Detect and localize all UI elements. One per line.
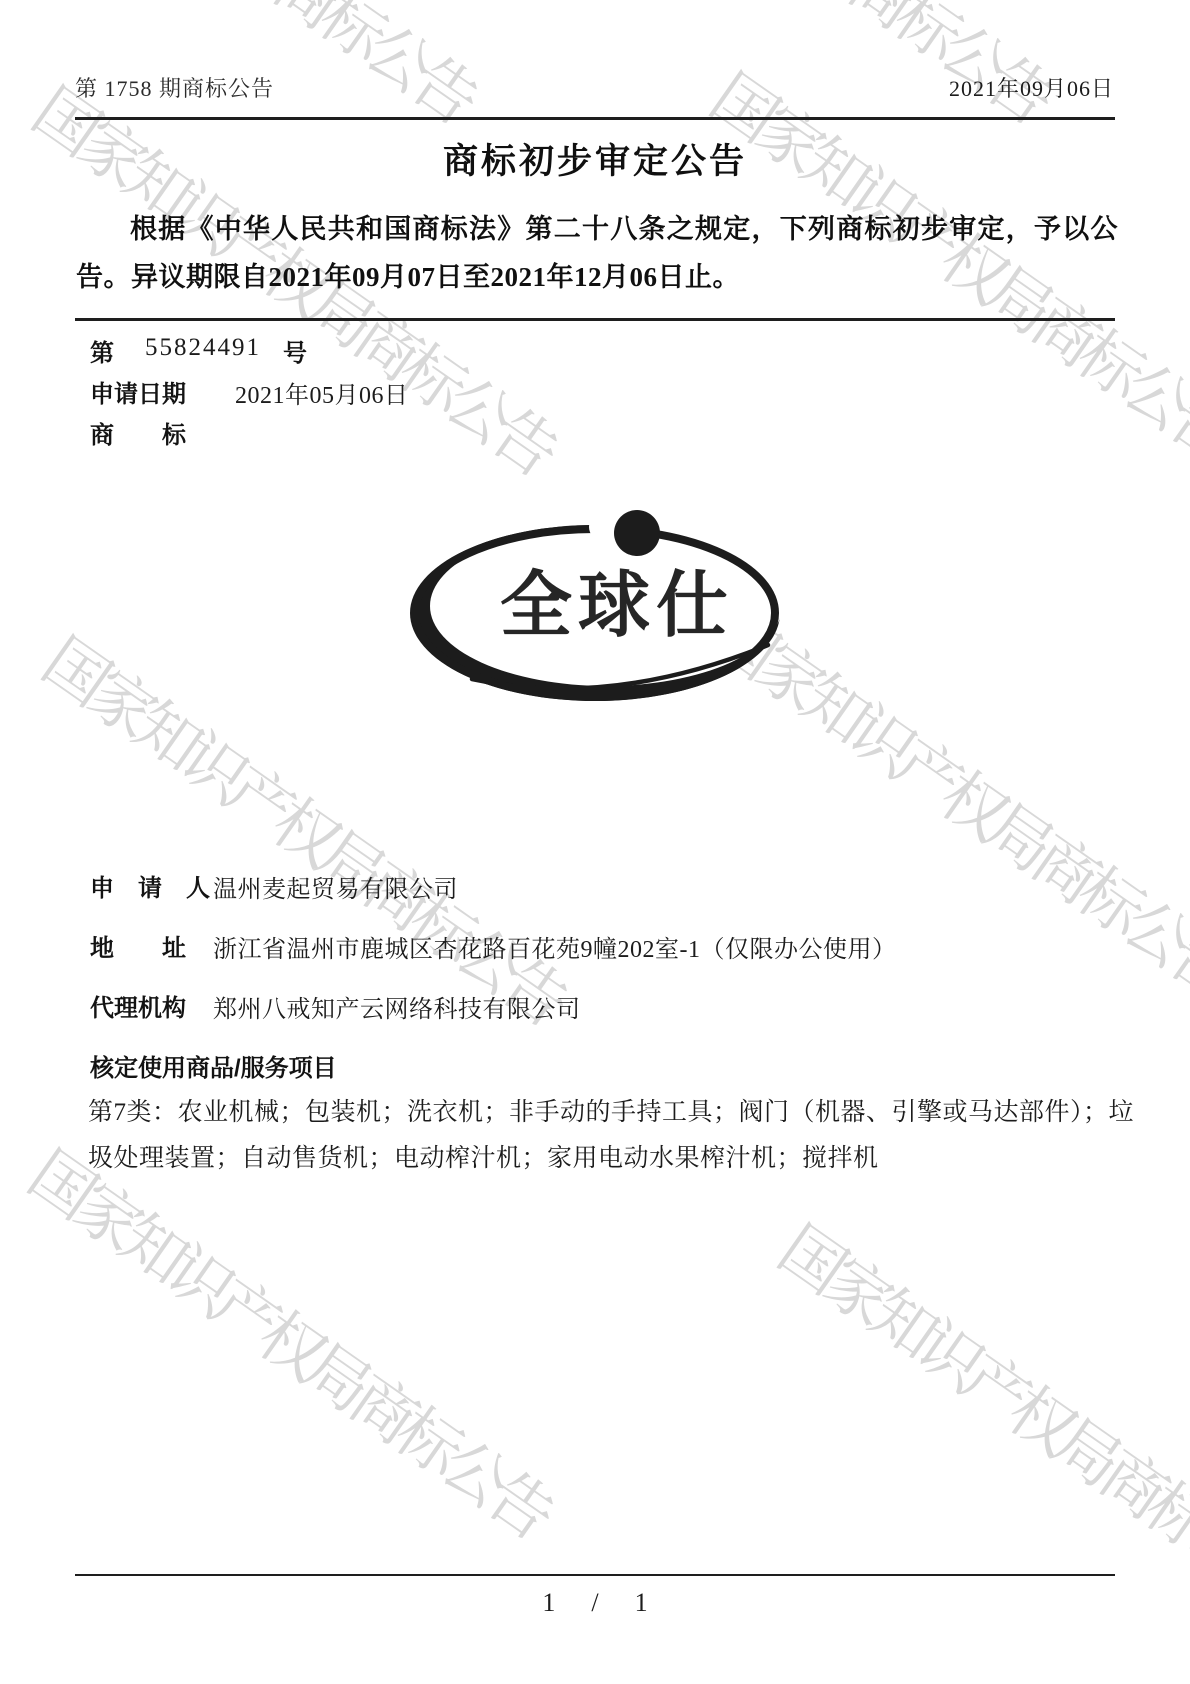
application-date-row: 申请日期 2021年05月06日 [0, 374, 1190, 408]
announcement-intro-paragraph: 根据《中华人民共和国商标法》第二十八条之规定，下列商标初步审定，予以公告。异议期… [76, 205, 1118, 301]
trademark-logo-image: 全球仕 [400, 495, 790, 710]
address-value: 浙江省温州市鹿城区杏花路百花苑9幢202室-1（仅限办公使用） [213, 929, 897, 964]
application-date-value: 2021年05月06日 [235, 375, 409, 410]
footer-divider-line [75, 1574, 1115, 1576]
registration-number: 55824491 [145, 334, 261, 362]
registration-suffix-label: 号 [283, 333, 307, 368]
goods-services-heading: 核定使用商品/服务项目 [90, 1048, 337, 1083]
gazette-page: 国家知识产权局商标公告 国家知识产权局商标公告 国家知识产权局商标公告 国家知识… [0, 0, 1190, 1684]
address-label: 地 址 [90, 928, 186, 963]
agency-name: 郑州八戒知产云网络科技有限公司 [213, 989, 581, 1024]
current-page-number: 1 [542, 1588, 555, 1618]
trademark-label-row: 商 标 [0, 415, 1190, 449]
fields-divider-line [75, 318, 1115, 321]
applicant-row: 申 请 人 温州麦起贸易有限公司 [0, 868, 1190, 902]
header-divider-line [75, 117, 1115, 120]
application-date-label: 申请日期 [90, 374, 186, 409]
total-page-count: 1 [635, 1588, 648, 1618]
gazette-date: 2021年09月06日 [949, 72, 1114, 103]
page-number-indicator: 1 / 1 [0, 1588, 1190, 1618]
page-number-separator: / [591, 1588, 598, 1618]
agency-row: 代理机构 郑州八戒知产云网络科技有限公司 [0, 988, 1190, 1022]
gazette-issue-number: 第 1758 期商标公告 [75, 72, 274, 103]
document-content: 第 1758 期商标公告 2021年09月06日 商标初步审定公告 根据《中华人… [0, 0, 1190, 1684]
agency-label: 代理机构 [90, 988, 186, 1023]
address-row: 地 址 浙江省温州市鹿城区杏花路百花苑9幢202室-1（仅限办公使用） [0, 928, 1190, 962]
applicant-name: 温州麦起贸易有限公司 [213, 869, 458, 904]
registration-number-row: 第 55824491 号 [0, 333, 1190, 367]
trademark-label: 商 标 [90, 415, 186, 450]
registration-prefix-label: 第 [90, 333, 114, 368]
trademark-logo-text: 全球仕 [500, 547, 734, 651]
goods-services-list: 第7类：农业机械；包装机；洗衣机；非手动的手持工具；阀门（机器、引擎或马达部件）… [88, 1090, 1134, 1182]
applicant-label: 申 请 人 [90, 868, 210, 903]
page-title: 商标初步审定公告 [0, 134, 1190, 184]
